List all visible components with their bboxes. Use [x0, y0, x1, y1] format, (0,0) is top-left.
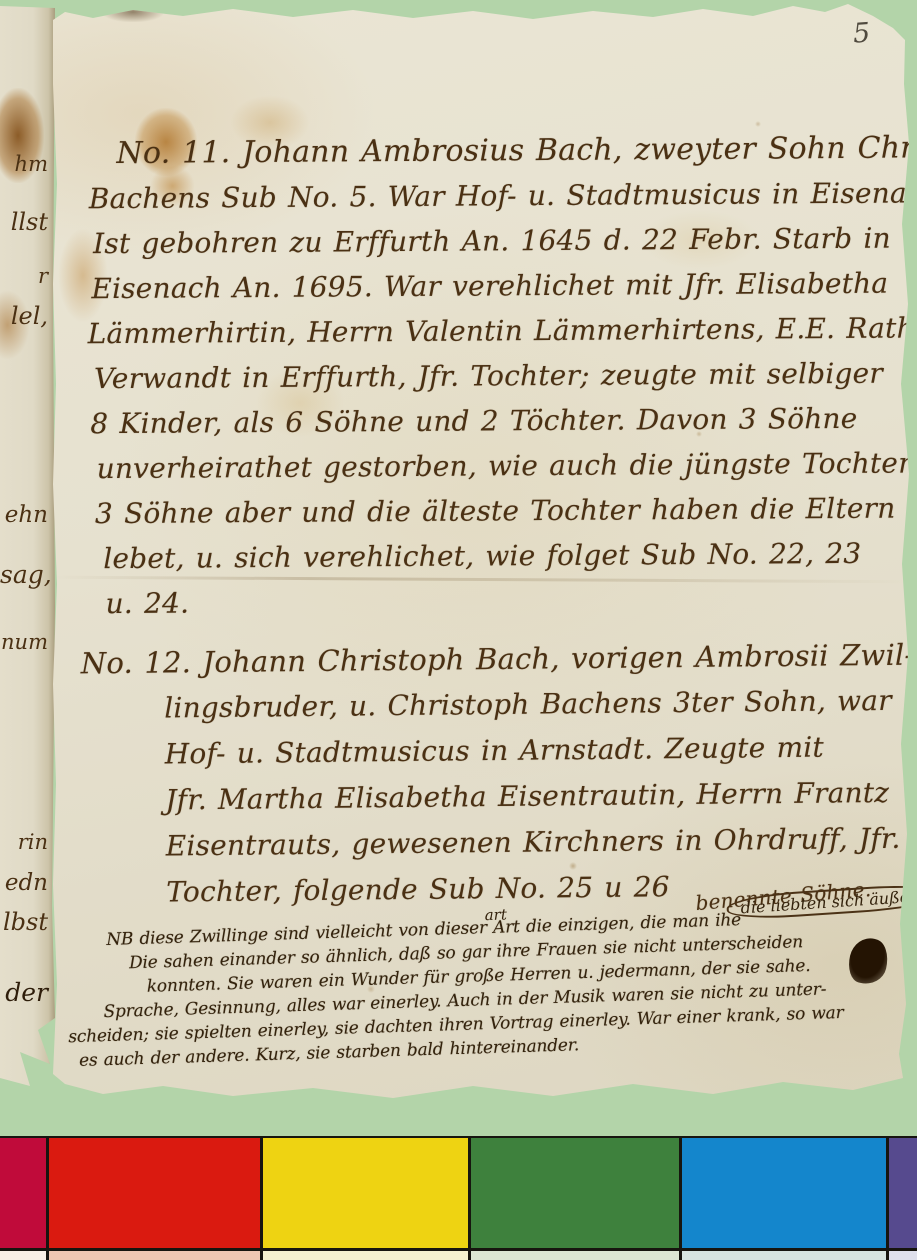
text-fragment: lel, — [0, 302, 53, 330]
tint-patch-4 — [471, 1251, 679, 1260]
page-number: 5 — [852, 17, 871, 49]
entry-no-11: No. 11. Johann Ambrosius Bach, zweyter S… — [86, 125, 917, 626]
color-patch-red — [49, 1138, 260, 1248]
text-fragment: r — [0, 264, 53, 288]
tint-patch-1 — [0, 1251, 46, 1260]
tint-patch-5 — [682, 1251, 886, 1260]
text-fragment: hm — [0, 152, 53, 176]
tint-patch-3 — [263, 1251, 468, 1260]
text-fragment: ehn — [0, 502, 53, 528]
marginal-note-cpe-bach: art die liebten sich äußerst NB diese Zw… — [65, 903, 914, 1073]
manuscript-line: Eisenach An. 1695. War verehlichet mit J… — [87, 260, 917, 311]
text-fragment: edn — [0, 870, 53, 896]
manuscript-line: Verwandt in Erffurth, Jfr. Tochter; zeug… — [88, 350, 917, 401]
ink-stain — [103, 2, 163, 22]
manuscript-page: 5 No. 11. Johann Ambrosius Bach, zweyter… — [53, 4, 909, 1098]
manuscript-line: u. 24. — [89, 575, 917, 626]
text-fragment: llst — [0, 208, 53, 236]
manuscript-line: Ist gebohren zu Erffurth An. 1645 d. 22 … — [87, 215, 917, 266]
tint-patch-6 — [889, 1251, 917, 1260]
color-patch-crimson — [0, 1138, 46, 1248]
text-fragment: lbst — [0, 908, 53, 936]
text-fragment: rin — [0, 830, 53, 854]
manuscript-line: No. 11. Johann Ambrosius Bach, zweyter S… — [86, 125, 917, 176]
text-fragment: sag, — [0, 560, 53, 589]
color-patch-green — [471, 1138, 679, 1248]
manuscript-line-main: Tochter, folgende Sub No. 25 u 26 — [166, 870, 670, 908]
manuscript-scan: hm llst r lel, ehn sag, num rin edn lbst… — [0, 0, 917, 1260]
calibration-row-tints — [0, 1251, 917, 1260]
manuscript-line: lebet, u. sich verehlichet, wie folget S… — [89, 530, 917, 581]
manuscript-line: 8 Kinder, als 6 Söhne und 2 Töchter. Dav… — [88, 395, 917, 446]
manuscript-line: Bachens Sub No. 5. War Hof- u. Stadtmusi… — [87, 170, 917, 221]
color-patch-yellow — [263, 1138, 468, 1248]
tint-patch-2 — [49, 1251, 260, 1260]
previous-page-edge: hm llst r lel, ehn sag, num rin edn lbst… — [0, 6, 57, 1092]
color-patch-blue — [682, 1138, 886, 1248]
color-calibration-bar — [0, 1136, 917, 1260]
color-patch-purple — [889, 1138, 917, 1248]
manuscript-line: Lämmerhirtin, Herrn Valentin Lämmerhirte… — [88, 305, 917, 356]
entry-no-12: No. 12. Johann Christoph Bach, vorigen A… — [81, 632, 917, 917]
manuscript-line: unverheirathet gestorben, wie auch die j… — [88, 440, 917, 491]
calibration-row-saturated — [0, 1138, 917, 1248]
text-fragment: der — [0, 978, 53, 1007]
inserted-word: art — [484, 905, 507, 924]
manuscript-line: 3 Söhne aber und die älteste Tochter hab… — [89, 485, 917, 536]
text-fragment: num — [0, 630, 53, 654]
